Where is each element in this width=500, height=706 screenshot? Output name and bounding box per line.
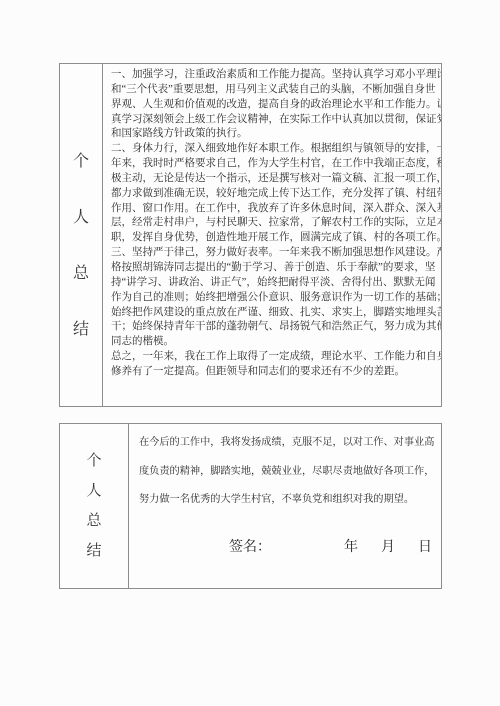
date-labels: 年 月 日 <box>344 538 432 558</box>
document-page: 个人总结 一、加强学习，注重政治素质和工作能力提高。坚持认真学习邓小平理论 和“… <box>0 0 500 706</box>
summary-content-cell-2: 在今后的工作中，我将发扬成绩，克服不足，以对工作、对事业高 度负责的精神，脚踏实… <box>129 424 441 588</box>
signature-label: 签名： <box>229 538 271 558</box>
date-year-label: 年 <box>344 538 358 558</box>
row-label-cell-1: 个人总结 <box>60 64 103 406</box>
signature-row: 签名： 年 月 日 <box>229 538 432 558</box>
date-month-label: 月 <box>381 538 395 558</box>
personal-summary-section-1: 个人总结 一、加强学习，注重政治素质和工作能力提高。坚持认真学习邓小平理论 和“… <box>59 63 442 407</box>
row-label-vertical-2: 个人总结 <box>85 446 103 588</box>
personal-summary-section-2: 个人总结 在今后的工作中，我将发扬成绩，克服不足，以对工作、对事业高 度负责的精… <box>59 423 442 589</box>
date-day-label: 日 <box>418 538 432 558</box>
summary-content-cell-1: 一、加强学习，注重政治素质和工作能力提高。坚持认真学习邓小平理论 和“三个代表”… <box>103 64 441 406</box>
summary-body-text-2: 在今后的工作中，我将发扬成绩，克服不足，以对工作、对事业高 度负责的精神，脚踏实… <box>139 429 433 515</box>
summary-body-text-1: 一、加强学习，注重政治素质和工作能力提高。坚持认真学习邓小平理论 和“三个代表”… <box>111 68 437 380</box>
row-label-cell-2: 个人总结 <box>60 424 129 588</box>
row-label-vertical-1: 个人总结 <box>72 134 90 406</box>
